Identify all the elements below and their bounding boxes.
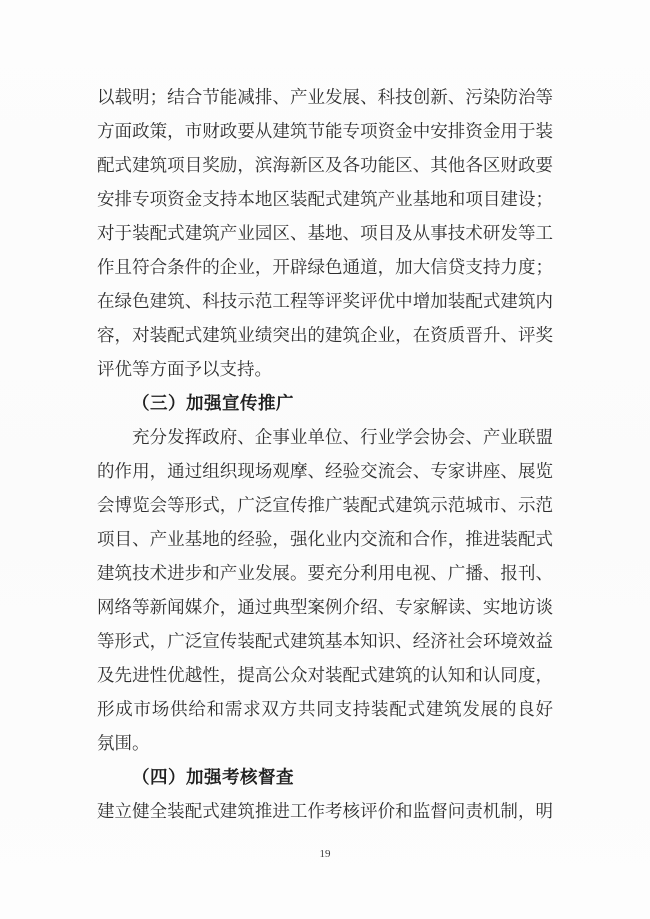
text-line: 及先进性优越性，提高公众对装配式建筑的认知和认同度， <box>97 658 553 692</box>
text-line: 在绿色建筑、科技示范工程等评奖评优中增加装配式建筑内 <box>97 284 553 318</box>
section-heading: （三）加强宣传推广 <box>97 386 553 420</box>
text-line: 会博览会等形式，广泛宣传推广装配式建筑示范城市、示范 <box>97 488 553 522</box>
text-line: 方面政策，市财政要从建筑节能专项资金中安排资金用于装 <box>97 114 553 148</box>
section-heading: （四）加强考核督查 <box>97 760 553 794</box>
text-line: 网络等新闻媒介，通过典型案例介绍、专家解读、实地访谈 <box>97 590 553 624</box>
text-line: 充分发挥政府、企事业单位、行业学会协会、产业联盟 <box>97 420 553 454</box>
document-text-block: 以载明；结合节能减排、产业发展、科技创新、污染防治等方面政策，市财政要从建筑节能… <box>97 80 553 828</box>
text-line: 形成市场供给和需求双方共同支持装配式建筑发展的良好 <box>97 692 553 726</box>
text-line: 安排专项资金支持本地区装配式建筑产业基地和项目建设； <box>97 182 553 216</box>
text-line: 以载明；结合节能减排、产业发展、科技创新、污染防治等 <box>97 80 553 114</box>
text-line: 建立健全装配式建筑推进工作考核评价和监督问责机制，明 <box>97 794 553 828</box>
text-line: 氛围。 <box>97 726 553 760</box>
text-line: 配式建筑项目奖励，滨海新区及各功能区、其他各区财政要 <box>97 148 553 182</box>
text-line: 项目、产业基地的经验，强化业内交流和合作，推进装配式 <box>97 522 553 556</box>
text-line: 评优等方面予以支持。 <box>97 352 553 386</box>
text-line: 作且符合条件的企业，开辟绿色通道，加大信贷支持力度； <box>97 250 553 284</box>
text-line: 对于装配式建筑产业园区、基地、项目及从事技术研发等工 <box>97 216 553 250</box>
document-page: 以载明；结合节能减排、产业发展、科技创新、污染防治等方面政策，市财政要从建筑节能… <box>0 0 650 919</box>
text-line: 等形式，广泛宣传装配式建筑基本知识、经济社会环境效益 <box>97 624 553 658</box>
text-line: 建筑技术进步和产业发展。要充分利用电视、广播、报刊、 <box>97 556 553 590</box>
page-number: 19 <box>0 848 650 860</box>
text-line: 的作用，通过组织现场观摩、经验交流会、专家讲座、展览 <box>97 454 553 488</box>
text-line: 容，对装配式建筑业绩突出的建筑企业，在资质晋升、评奖 <box>97 318 553 352</box>
